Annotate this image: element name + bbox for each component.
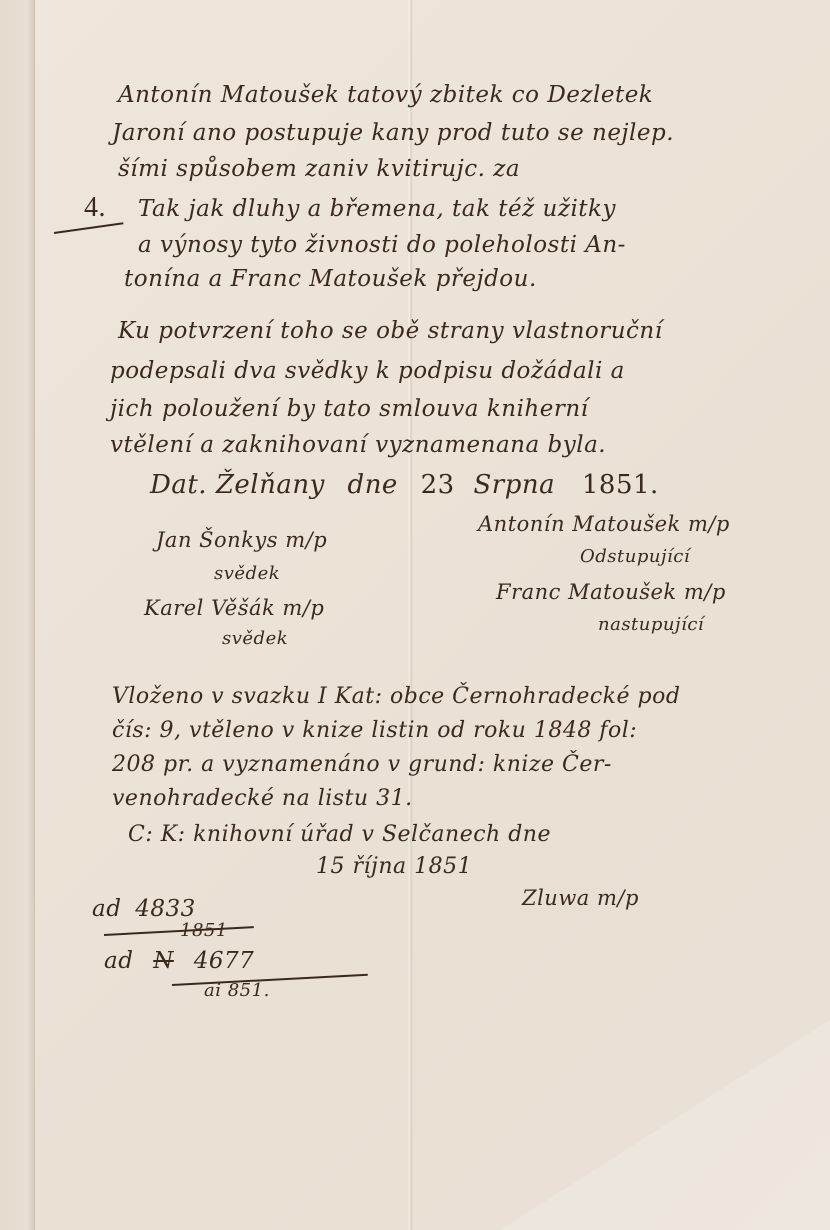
item-4-line-2: a výnosy tyto živnosti do poleholosti An…	[138, 232, 626, 258]
dateline-prefix: dne	[348, 470, 398, 500]
dateline-month: Srpna	[473, 470, 555, 500]
dateline: Dat. Želňany dne 23 Srpna 1851.	[150, 470, 659, 500]
dateline-day: 23	[421, 470, 455, 500]
file-ref-2-number: 4677	[194, 948, 255, 974]
dateline-year: 1851.	[582, 470, 659, 500]
paper-corner-fold	[500, 1020, 830, 1230]
paragraph-1-line-1: Antonín Matoušek tatový zbitek co Dezlet…	[118, 82, 653, 108]
file-ref-1: ad 4833	[92, 896, 196, 922]
registry-office-line: C: K: knihovní úřad v Selčanech dne	[128, 822, 551, 847]
paragraph-1-line-2: Jaroní ano postupuje kany prod tuto se n…	[112, 120, 674, 146]
file-ref-1-number: 4833	[135, 896, 196, 922]
paragraph-2-line-1: Ku potvrzení toho se obě strany vlastnor…	[118, 318, 663, 344]
file-ref-2: ad N 4677	[104, 948, 254, 974]
paper-left-edge	[0, 0, 35, 1230]
party-1-role: Odstupující	[580, 546, 690, 567]
dateline-place: Dat. Želňany	[150, 470, 325, 500]
file-ref-1-year: 1851	[180, 920, 228, 941]
witness-1-role: svědek	[214, 563, 280, 584]
paragraph-1-line-3: šími spůsobem zaniv kvitirujc. za	[118, 156, 520, 182]
item-4-line-1: Tak jak dluhy a břemena, tak též užitky	[138, 196, 616, 222]
item-4-number: 4.	[84, 192, 106, 224]
item-4-line-3: tonína a Franc Matoušek přejdou.	[124, 266, 537, 292]
official-signature: Zluwa m/p	[522, 886, 639, 910]
registry-office-date: 15 října 1851	[316, 854, 472, 879]
registry-line-2: čís: 9, vtěleno v knize listin od roku 1…	[112, 718, 637, 743]
party-1-name: Antonín Matoušek m/p	[478, 512, 730, 536]
party-2-role: nastupující	[598, 614, 704, 635]
file-ref-1-prefix: ad	[92, 896, 121, 922]
witness-2-name: Karel Věšák m/p	[144, 596, 324, 620]
registry-line-3: 208 pr. a vyznamenáno v grund: knize Čer…	[112, 752, 612, 777]
witness-1-name: Jan Šonkys m/p	[156, 528, 327, 552]
registry-line-1: Vloženo v svazku I Kat: obce Černohradec…	[112, 684, 680, 709]
party-2-name: Franc Matoušek m/p	[496, 580, 726, 604]
file-ref-2-struck: N	[153, 948, 174, 974]
paragraph-2-line-3: jich poloužení by tato smlouva kniherní	[110, 396, 589, 422]
paragraph-2-line-4: vtělení a zaknihovaní vyznamenana byla.	[110, 432, 606, 458]
registry-line-4: venohradecké na listu 31.	[112, 786, 413, 811]
paragraph-2-line-2: podepsali dva svědky k podpisu dožádali …	[110, 358, 625, 384]
file-ref-2-prefix: ad	[104, 948, 133, 974]
witness-2-role: svědek	[222, 628, 288, 649]
file-ref-2-year: ai 851.	[204, 980, 270, 1001]
